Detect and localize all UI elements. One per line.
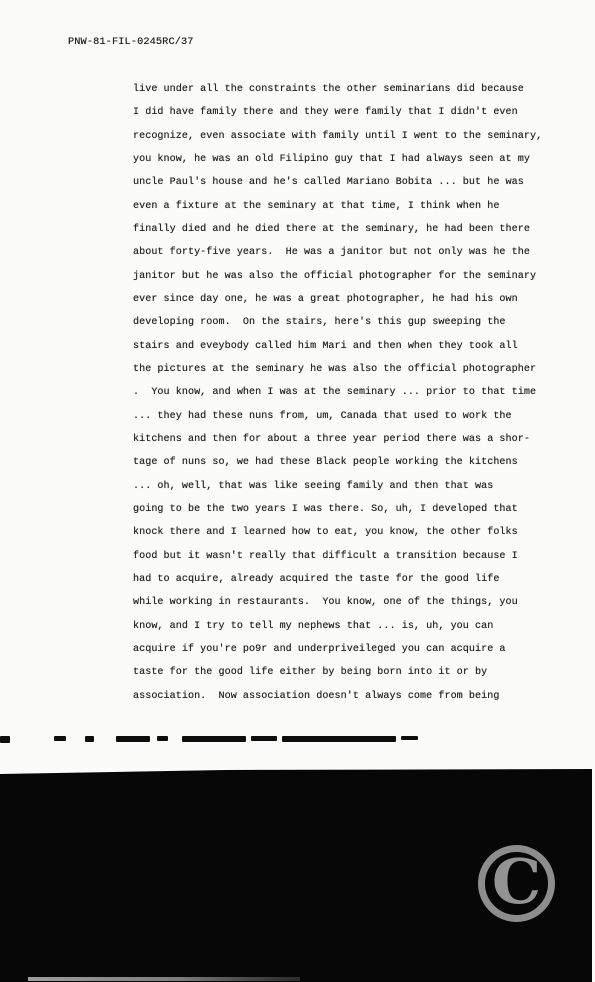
- transcript-line: the pictures at the seminary he was also…: [133, 358, 553, 381]
- transcript-line: ... oh, well, that was like seeing famil…: [133, 475, 553, 498]
- transcript-line: association. Now association doesn't alw…: [133, 685, 553, 708]
- transcript-body: live under all the constraints the other…: [133, 78, 553, 708]
- transcript-line: kitchens and then for about a three year…: [133, 428, 553, 451]
- scan-artifact-dash: [157, 736, 168, 741]
- transcript-line: live under all the constraints the other…: [133, 78, 553, 101]
- scan-artifact-dash: [282, 736, 396, 742]
- transcript-line: ... they had these nuns from, um, Canada…: [133, 405, 553, 428]
- transcript-line: janitor but he was also the official pho…: [133, 265, 553, 288]
- transcript-line: even a fixture at the seminary at that t…: [133, 195, 553, 218]
- transcript-line: taste for the good life either by being …: [133, 661, 553, 684]
- scan-artifact-strip: [28, 977, 300, 981]
- copyright-letter: C: [492, 851, 541, 913]
- transcript-line: while working in restaurants. You know, …: [133, 591, 553, 614]
- transcript-line: food but it wasn't really that difficult…: [133, 545, 553, 568]
- scan-artifact-dash: [0, 736, 10, 743]
- transcript-line: I did have family there and they were fa…: [133, 101, 553, 124]
- transcript-line: had to acquire, already acquired the tas…: [133, 568, 553, 591]
- transcript-line: . You know, and when I was at the semina…: [133, 381, 553, 404]
- transcript-line: going to be the two years I was there. S…: [133, 498, 553, 521]
- scan-artifact-dash: [116, 736, 150, 742]
- document-id-code: PNW-81-FIL-0245RC/37: [68, 36, 194, 48]
- transcript-line: developing room. On the stairs, here's t…: [133, 311, 553, 334]
- scan-artifact-dash: [85, 736, 94, 742]
- copyright-icon: C: [478, 845, 555, 922]
- transcript-line: finally died and he died there at the se…: [133, 218, 553, 241]
- transcript-line: tage of nuns so, we had these Black peop…: [133, 451, 553, 474]
- scan-artifact-dashes: [0, 736, 595, 744]
- transcript-line: ever since day one, he was a great photo…: [133, 288, 553, 311]
- black-redaction-band: C: [0, 769, 592, 982]
- transcript-line: know, and I try to tell my nephews that …: [133, 615, 553, 638]
- transcript-line: uncle Paul's house and he's called Maria…: [133, 171, 553, 194]
- transcript-line: you know, he was an old Filipino guy tha…: [133, 148, 553, 171]
- transcript-line: acquire if you're po9r and underpriveile…: [133, 638, 553, 661]
- scan-artifact-dash: [182, 736, 246, 742]
- scanned-transcript-page: PNW-81-FIL-0245RC/37 live under all the …: [0, 0, 595, 982]
- transcript-line: recognize, even associate with family un…: [133, 125, 553, 148]
- transcript-line: stairs and eveybody called him Mari and …: [133, 335, 553, 358]
- transcript-line: knock there and I learned how to eat, yo…: [133, 521, 553, 544]
- scan-artifact-dash: [251, 736, 277, 741]
- scan-artifact-dash: [54, 736, 66, 741]
- scan-artifact-dash: [401, 736, 418, 740]
- transcript-line: about forty-five years. He was a janitor…: [133, 241, 553, 264]
